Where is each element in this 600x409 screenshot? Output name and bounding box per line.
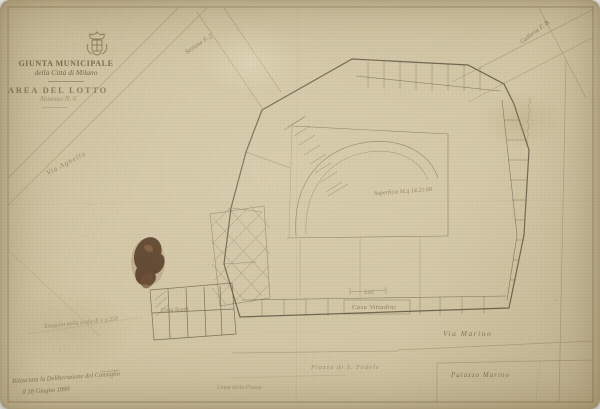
- street-label-via-marino: Via Marino: [443, 329, 492, 338]
- letterhead-subtitle: della Città di Milano: [6, 68, 126, 77]
- scanned-plan-sheet: GIUNTA MUNICIPALE della Città di Milano …: [0, 0, 600, 409]
- piazza-line-note: Linea della Piazza: [217, 385, 262, 391]
- pencil-smudge: [526, 98, 530, 147]
- municipal-crest-icon: [84, 30, 110, 60]
- measure-label: 3.60: [364, 290, 374, 296]
- letterhead-divider: [48, 81, 84, 82]
- hatched-courtyard: [210, 206, 270, 306]
- lot-divider: [42, 107, 68, 108]
- palazzo-marino-label: Palazzo Marino: [451, 371, 510, 379]
- building-plan: [224, 59, 529, 317]
- casa-center-label: Casa Vittadini: [352, 304, 396, 311]
- piazza-label: Piazza di S. Fedele: [311, 364, 380, 371]
- lot-title: AREA DEL LOTTO: [2, 85, 114, 95]
- lot-subtitle: Annesso N. 6: [2, 95, 114, 103]
- ink-stain: [131, 237, 165, 288]
- letterhead-title: GIUNTA MUNICIPALE: [6, 59, 126, 68]
